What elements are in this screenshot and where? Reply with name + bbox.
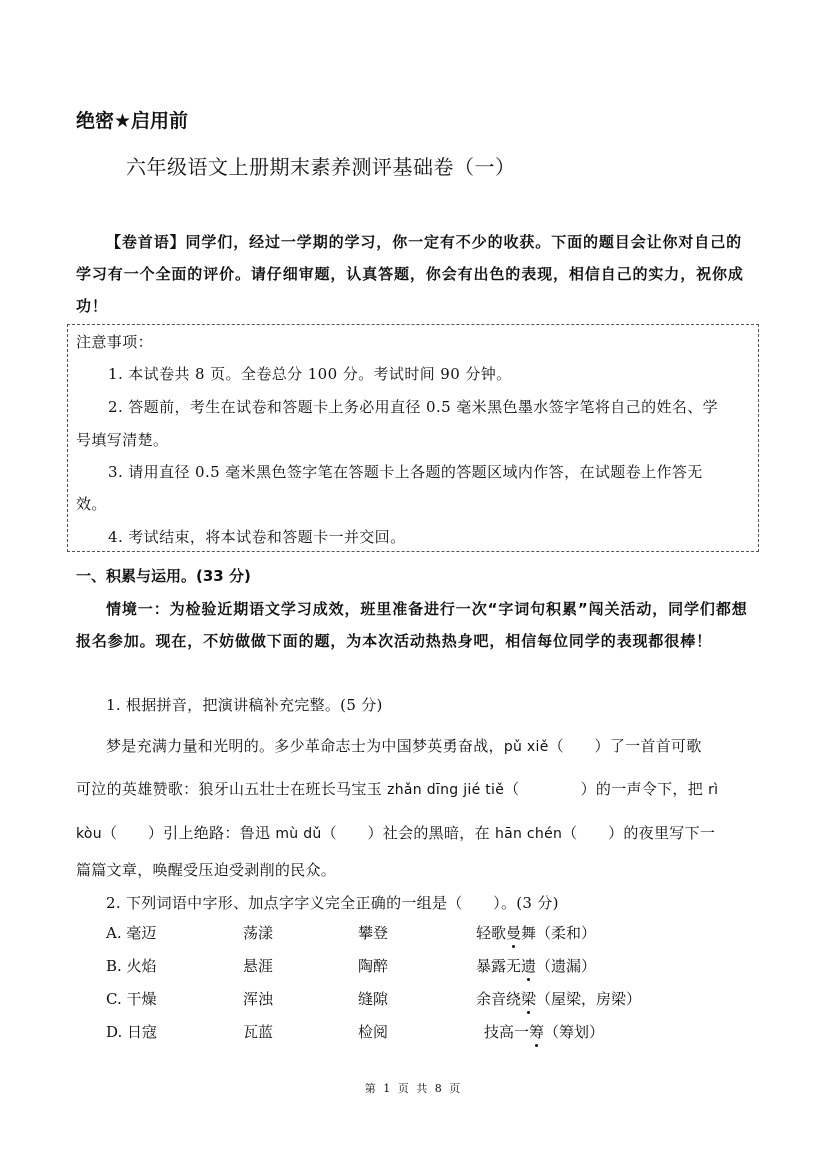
dotted-char: 遗 (521, 955, 536, 976)
notice-item: 效。 (76, 493, 107, 514)
confidential-label: 绝密★启用前 (76, 106, 188, 133)
passage-line-2: 可泣的英雄赞歌：狼牙山五壮士在班长马宝玉 zhǎn dīng jié tiě（ … (76, 778, 718, 799)
passage-text: 可泣的英雄赞歌：狼牙山五壮士在班长马宝玉 (76, 780, 387, 798)
option-word: 悬涯 (243, 955, 273, 976)
answer-blank[interactable]: （ ）引上绝路：鲁迅 (102, 824, 275, 842)
preface-paragraph: 【卷首语】同学们，经过一学期的学习，你一定有不少的收获。下面的题目会让你对自己的… (76, 226, 756, 322)
exam-title: 六年级语文上册期末素养测评基础卷（一） (126, 151, 516, 180)
notice-item: 4. 考试结束，将本试卷和答题卡一并交回。 (108, 526, 405, 547)
question-1-prompt: 1. 根据拼音，把演讲稿补充完整。(5 分) (106, 694, 383, 715)
dotted-char: 梁 (521, 988, 536, 1009)
answer-blank[interactable]: （ ）的一声令下，把 (504, 780, 708, 798)
pinyin: pǔ xiě (504, 739, 549, 755)
pinyin: kòu (76, 826, 102, 842)
answer-blank[interactable]: （ ）了一首首可歌 (549, 737, 702, 755)
notice-item: 3. 请用直径 0.5 毫米黑色签字笔在答题卡上各题的答题区域内作答，在试题卷上… (108, 461, 703, 482)
option-word: 轻歌曼舞（柔和） (476, 922, 596, 943)
passage-text: 梦是充满力量和光明的。多少革命志士为中国梦英勇奋战， (106, 737, 504, 755)
option-word: 瓦蓝 (243, 1021, 273, 1042)
notice-heading: 注意事项： (76, 331, 153, 352)
question-2-prompt: 2. 下列词语中字形、加点字字义完全正确的一组是（ ）。(3 分) (106, 892, 559, 913)
option-word: 荡漾 (243, 922, 273, 943)
option-label: C. 干燥 (106, 988, 156, 1009)
option-label: B. 火焰 (106, 955, 157, 976)
option-word: 浑浊 (243, 988, 273, 1009)
notice-box: 注意事项： 1. 本试卷共 8 页。全卷总分 100 分。考试时间 90 分钟。… (67, 324, 759, 552)
page-footer: 第 1 页 共 8 页 (0, 1080, 827, 1096)
answer-blank[interactable]: （ ）社会的黑暗，在 (322, 824, 495, 842)
passage-line-3: kòu（ ）引上绝路：鲁迅 mù dǔ（ ）社会的黑暗，在 hān chén（ … (76, 822, 715, 843)
option-word: 余音绕梁（屋梁，房梁） (476, 988, 641, 1009)
pinyin: rì (708, 782, 718, 798)
option-word: 缝隙 (358, 988, 388, 1009)
notice-item: 号填写清楚。 (76, 429, 168, 450)
option-word: 检阅 (358, 1021, 388, 1042)
option-word: 暴露无遗（遗漏） (476, 955, 596, 976)
option-word: 技高一筹（筹划） (484, 1021, 604, 1042)
passage-line-1: 梦是充满力量和光明的。多少革命志士为中国梦英勇奋战，pǔ xiě（ ）了一首首可… (106, 735, 702, 756)
pinyin: zhǎn dīng jié tiě (387, 782, 504, 798)
option-word: 攀登 (358, 922, 388, 943)
pinyin: mù dǔ (275, 826, 321, 842)
notice-item: 1. 本试卷共 8 页。全卷总分 100 分。考试时间 90 分钟。 (108, 363, 512, 384)
option-label: D. 日寇 (106, 1021, 157, 1042)
dotted-char: 筹 (529, 1021, 544, 1042)
section-heading: 一、积累与运用。(33 分) (76, 565, 251, 586)
passage-text: 篇篇文章，唤醒受压迫受剥削的民众。 (76, 861, 336, 879)
scenario-paragraph: 情境一：为检验近期语文学习成效，班里准备进行一次“字词句积累”闯关活动，同学们都… (76, 593, 756, 657)
option-label: A. 毫迈 (106, 922, 156, 943)
notice-item: 2. 答题前，考生在试卷和答题卡上务必用直径 0.5 毫米黑色墨水签字笔将自己的… (108, 396, 718, 417)
dotted-char: 曼 (506, 922, 521, 943)
option-word: 陶醉 (358, 955, 388, 976)
answer-blank[interactable]: （ ）的夜里写下一 (562, 824, 715, 842)
pinyin: hān chén (495, 826, 562, 842)
passage-line-4: 篇篇文章，唤醒受压迫受剥削的民众。 (76, 859, 336, 880)
